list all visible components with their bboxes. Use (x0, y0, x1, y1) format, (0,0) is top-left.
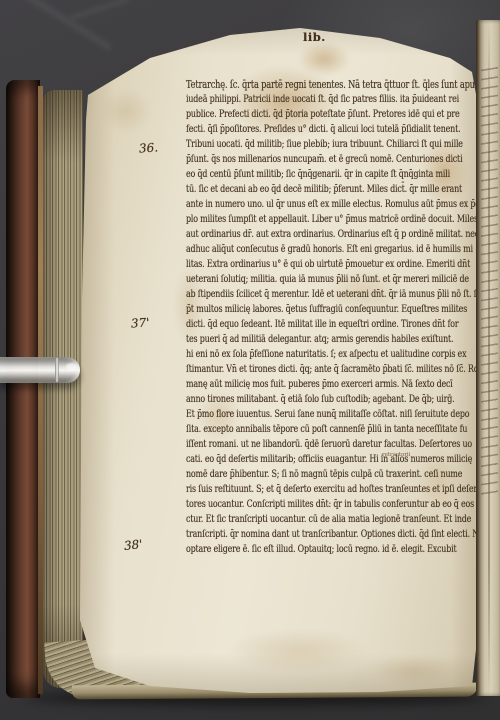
text-line: ſtimantur. Vn̄ et tirones dicti. q̄q; an… (186, 362, 470, 377)
text-line: hi eni nō ex ſola p̄feſſione naturitatis… (186, 347, 470, 362)
text-line: tores uocantur. Conſcripti milites dn̄t:… (186, 497, 470, 512)
text-line: ante in numero uno. ul q̄r unus eſt ex m… (186, 197, 470, 212)
text-line: cati. eo q̄d deſertis militarib; officii… (186, 452, 470, 467)
text-line: litas. Extra ordinarius u° ē qui ob uirt… (186, 257, 470, 272)
text-line: eo q̄d centū p̄ſunt militib; ſic q̄nq̄ge… (186, 167, 470, 182)
leather-binding (6, 80, 40, 698)
chapter-mark-38: 38' (123, 537, 143, 553)
background-scuff (71, 0, 130, 20)
text-line: fecti. q̄ſi p̄poſitores. Preſides u° dic… (186, 122, 470, 137)
text-line: Tetrarchę. ſc. q̄rta partē regni tenente… (186, 77, 470, 92)
text-line: p̄t multos milicię labores. q̄etus ſuffr… (186, 302, 470, 317)
rod-highlight (66, 363, 78, 371)
text-line: ab ſtipendiis ſcilicet q̄ merentur. Idē … (186, 287, 470, 302)
rod-ring (55, 358, 59, 382)
text-line: adhuc aliq̄ut conſecutus ē gradū honoris… (186, 242, 470, 257)
text-line: optare eligere ē. ſic eſt illud. Optauit… (186, 542, 470, 557)
text-line: iſſent romani. ut ne libandorū. q̄dē ſer… (186, 437, 470, 452)
text-line: manę aūt milicię mos fuit. puberes p̄mo … (186, 377, 470, 392)
text-line: tranſcripti. q̄r nomina dant ut tranſcri… (186, 527, 470, 542)
text-line: publice. Prefecti dicti. q̄d p̄toria pot… (186, 107, 470, 122)
glass-weight-rod (0, 357, 80, 383)
parchment-page: lib. 9' 36. 37' 38' retractorii Tetrarch… (60, 22, 480, 694)
text-line: Tribuni uocati. q̄d militib; ſiue plebib… (186, 137, 470, 152)
text-line: dicti. q̄d equo ſedeant. Itē militat ill… (186, 317, 470, 332)
chapter-mark-37: 37' (131, 315, 151, 330)
text-line: ueterani ſolutiq; militia. quia iā munus… (186, 272, 470, 287)
header-mark: lib. (303, 30, 326, 44)
text-line: nomē dare p̄hibentur. S; ſi nō magnū tēp… (186, 467, 470, 482)
chapter-mark-36: 36. (139, 140, 159, 155)
text-line: tū. ſic et decani ab eo q̄d decē militib… (186, 182, 470, 197)
facing-page-crease (488, 20, 490, 696)
manuscript-text-block: Tetrarchę. ſc. q̄rta partē regni tenente… (186, 77, 470, 557)
text-line: ris ſuis reſtituunt. S; et q̄ deſerto ex… (186, 482, 470, 497)
text-line: plo milites ſumpſit et appellauit. Liber… (186, 212, 470, 227)
facing-page-edge (476, 20, 500, 696)
text-line: tes pueri q̄ ad militiā delegantur. atq;… (186, 332, 470, 347)
text-line: p̄ſunt. q̄s nos millenarios nuncupam̄. e… (186, 152, 470, 167)
text-line: ctur. Et ſic tranſcripti uocantur. cū de… (186, 512, 470, 527)
text-line: ſita. excepto annibalis tēpore cū poſt c… (186, 422, 470, 437)
text-line: iudeā philippi. Patricii inde uocati ſt.… (186, 92, 470, 107)
text-line: Et p̄mo flore iuuentus. Serui ſane nunq̄… (186, 407, 470, 422)
text-line: aut ordinarius dr̄. aut extra ordinarius… (186, 227, 470, 242)
text-line: anno tirones militabant. q̄ etiā ſolo ſu… (186, 392, 470, 407)
page-stack-shading (43, 90, 83, 688)
manuscript-photo: lib. 9' 36. 37' 38' retractorii Tetrarch… (0, 0, 500, 720)
